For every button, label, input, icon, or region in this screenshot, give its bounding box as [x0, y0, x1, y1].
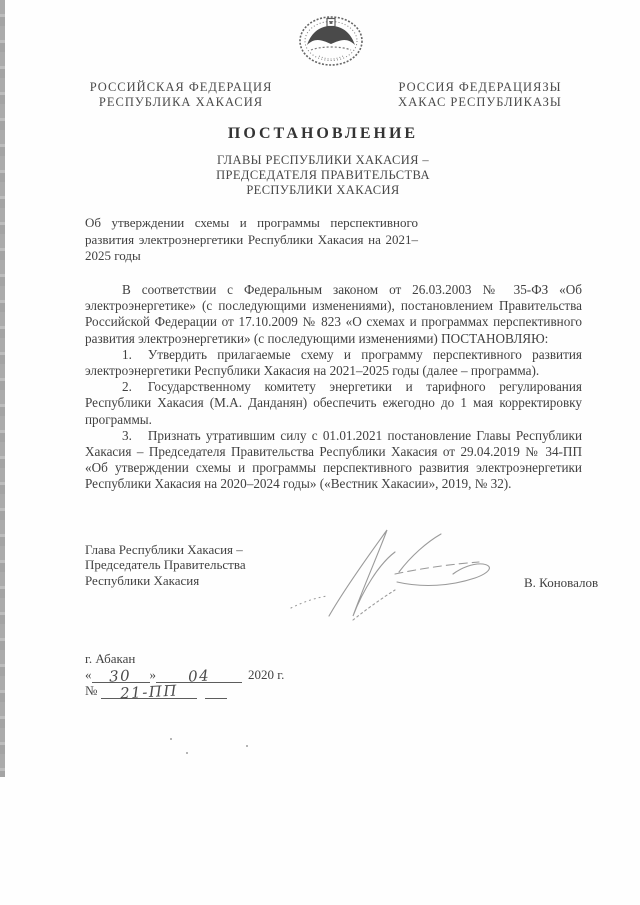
signature-position-line1: Глава Республики Хакасия –: [85, 542, 246, 557]
header-right-line2: ХАКАС РЕСПУБЛИКАЗЫ: [360, 95, 600, 110]
header-left-line2: РЕСПУБЛИКА ХАКАСИЯ: [61, 95, 301, 110]
scan-noise-speck: [246, 745, 248, 747]
number-field: 21-ПП: [101, 684, 197, 699]
scan-edge-artifact: [0, 0, 5, 777]
item-3-number: 3.: [122, 428, 148, 443]
item-2-text: Государственному комитету энергетики и т…: [85, 379, 582, 426]
signatory-name: В. Коновалов: [524, 575, 598, 591]
scan-noise-speck: [170, 738, 172, 740]
subtitle-line1: ГЛАВЫ РЕСПУБЛИКИ ХАКАСИЯ –: [0, 153, 640, 168]
coat-of-arms-icon: [297, 11, 365, 68]
document-page: РОССИЙСКАЯ ФЕДЕРАЦИЯ РЕСПУБЛИКА ХАКАСИЯ …: [0, 0, 640, 905]
scan-noise-speck: [186, 752, 188, 754]
footer-city: г. Абакан: [85, 651, 284, 667]
number-sign: №: [85, 683, 97, 698]
subtitle-line3: РЕСПУБЛИКИ ХАКАСИЯ: [0, 183, 640, 198]
date-day-field: 30: [92, 668, 150, 683]
number-extra-underline: [205, 684, 227, 699]
header-country-khakas: РОССИЯ ФЕДЕРАЦИЯЗЫ ХАКАС РЕСПУБЛИКАЗЫ: [360, 80, 600, 110]
handwritten-day: 30: [109, 669, 132, 682]
header-right-line1: РОССИЯ ФЕДЕРАЦИЯЗЫ: [360, 80, 600, 95]
item-1-number: 1.: [122, 347, 148, 362]
footer-block: г. Абакан «30»042020 г. №21-ПП: [85, 651, 284, 699]
subtitle-line2: ПРЕДСЕДАТЕЛЯ ПРАВИТЕЛЬСТВА: [0, 168, 640, 183]
footer-date-line: «30»042020 г.: [85, 667, 284, 683]
date-year: 2020 г.: [248, 667, 284, 682]
handwritten-month: 04: [188, 669, 211, 682]
handwritten-signature: [283, 516, 515, 634]
signature-position-line2: Председатель Правительства: [85, 557, 246, 572]
item-1-text: Утвердить прилагаемые схему и программу …: [85, 347, 582, 378]
document-body: В соответствии с Федеральным законом от …: [85, 282, 582, 493]
decree-item-1: 1.Утвердить прилагаемые схему и программ…: [85, 347, 582, 379]
preamble-paragraph: В соответствии с Федеральным законом от …: [85, 282, 582, 347]
decree-item-2: 2.Государственному комитету энергетики и…: [85, 379, 582, 428]
decree-item-3: 3.Признать утратившим силу с 01.01.2021 …: [85, 428, 582, 493]
date-month-field: 04: [156, 668, 242, 683]
footer-number-line: №21-ПП: [85, 683, 284, 699]
document-title: ПОСТАНОВЛЕНИЕ: [0, 125, 640, 143]
subject-paragraph: Об утверждении схемы и программы перспек…: [85, 215, 418, 265]
header-left-line1: РОССИЙСКАЯ ФЕДЕРАЦИЯ: [61, 80, 301, 95]
signature-position-block: Глава Республики Хакасия – Председатель …: [85, 542, 246, 588]
item-2-number: 2.: [122, 379, 148, 394]
item-3-text: Признать утратившим силу с 01.01.2021 по…: [85, 428, 582, 492]
signature-position-line3: Республики Хакасия: [85, 573, 246, 588]
header-country-russian: РОССИЙСКАЯ ФЕДЕРАЦИЯ РЕСПУБЛИКА ХАКАСИЯ: [61, 80, 301, 110]
document-subtitle: ГЛАВЫ РЕСПУБЛИКИ ХАКАСИЯ – ПРЕДСЕДАТЕЛЯ …: [0, 153, 640, 198]
handwritten-number: 21-ПП: [120, 684, 178, 699]
